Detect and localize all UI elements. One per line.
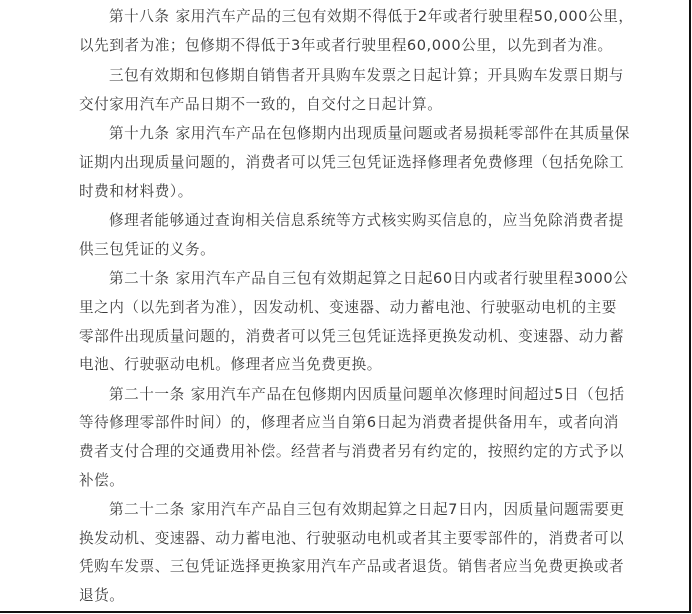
- line-text: 退货。: [79, 582, 624, 611]
- line-text: 换发动机、变速器、动力蓄电池、行驶驱动电机或者其主要零部件的，消费者可以: [79, 525, 624, 554]
- paragraph-article-22: 第二十二条家用汽车产品自三包有效期起算之日起7日内，因质量问题需要更 换发动机、…: [79, 496, 624, 610]
- line-text: 以先到者为准；包修期不得低于3年或者行驶里程60,000公里，以先到者为准。: [79, 32, 624, 61]
- paragraph-article-20: 第二十条家用汽车产品自三包有效期起算之日起60日内或者行驶里程3000公 里之内…: [79, 265, 624, 379]
- line-text: 补偿。: [79, 467, 624, 496]
- document-page: 第十八条家用汽车产品的三包有效期不得低于2年或者行驶里程50,000公里， 以先…: [0, 0, 691, 613]
- paragraph-line: 第二十条家用汽车产品自三包有效期起算之日起60日内或者行驶里程3000公: [79, 265, 624, 294]
- article-number: 第二十一条: [109, 386, 185, 403]
- paragraph-article-19-cont: 修理者能够通过查询相关信息系统等方式核实购买信息的，应当免除消费者提 供三包凭证…: [79, 207, 624, 264]
- line-text: 时费和材料费）。: [79, 178, 624, 207]
- line-text: 交付家用汽车产品日期不一致的，自交付之日起计算。: [79, 91, 624, 120]
- line-text: 零部件出现质量问题的，消费者可以凭三包凭证选择更换发动机、变速器、动力蓄: [79, 323, 624, 352]
- line-text: 家用汽车产品自三包有效期起算之日起60日内或者行驶里程3000公: [176, 270, 629, 287]
- line-text: 家用汽车产品自三包有效期起算之日起7日内，因质量问题需要更: [191, 501, 625, 518]
- paragraph-article-19: 第十九条家用汽车产品在包修期内出现质量问题或者易损耗零部件在其质量保 证期内出现…: [79, 120, 624, 206]
- line-text: 等待修理零部件时间）的，修理者应当自第6日起为消费者提供备用车，或者向消: [79, 409, 624, 438]
- line-text: 修理者能够通过查询相关信息系统等方式核实购买信息的，应当免除消费者提: [79, 207, 624, 236]
- line-text: 供三包凭证的义务。: [79, 236, 624, 265]
- line-text: 证期内出现质量问题的，消费者可以凭三包凭证选择修理者免费修理（包括免除工: [79, 149, 624, 178]
- article-number: 第二十条: [109, 270, 170, 287]
- paragraph-line: 第十八条家用汽车产品的三包有效期不得低于2年或者行驶里程50,000公里，: [79, 3, 624, 32]
- paragraph-article-18: 第十八条家用汽车产品的三包有效期不得低于2年或者行驶里程50,000公里， 以先…: [79, 3, 624, 60]
- paragraph-article-21: 第二十一条家用汽车产品在包修期内因质量问题单次修理时间超过5日（包括 等待修理零…: [79, 381, 624, 495]
- document-body: 第十八条家用汽车产品的三包有效期不得低于2年或者行驶里程50,000公里， 以先…: [79, 3, 624, 610]
- paragraph-line: 第十九条家用汽车产品在包修期内出现质量问题或者易损耗零部件在其质量保: [79, 120, 624, 149]
- line-text: 家用汽车产品在包修期内出现质量问题或者易损耗零部件在其质量保: [176, 125, 630, 142]
- line-text: 凭购车发票、三包凭证选择更换家用汽车产品或者退货。销售者应当免费更换或者: [79, 553, 624, 582]
- line-text: 家用汽车产品的三包有效期不得低于2年或者行驶里程50,000公里，: [176, 8, 634, 25]
- line-text: 家用汽车产品在包修期内因质量问题单次修理时间超过5日（包括: [191, 386, 625, 403]
- line-text: 里之内（以先到者为准），因发动机、变速器、动力蓄电池、行驶驱动电机的主要: [79, 294, 624, 323]
- paragraph-article-18-cont: 三包有效期和包修期自销售者开具购车发票之日起计算；开具购车发票日期与 交付家用汽…: [79, 62, 624, 119]
- article-number: 第十九条: [109, 125, 170, 142]
- paragraph-line: 第二十二条家用汽车产品自三包有效期起算之日起7日内，因质量问题需要更: [79, 496, 624, 525]
- paragraph-line: 第二十一条家用汽车产品在包修期内因质量问题单次修理时间超过5日（包括: [79, 381, 624, 410]
- article-number: 第十八条: [109, 8, 170, 25]
- line-text: 三包有效期和包修期自销售者开具购车发票之日起计算；开具购车发票日期与: [79, 62, 624, 91]
- article-number: 第二十二条: [109, 501, 185, 518]
- line-text: 电池、行驶驱动电机。修理者应当免费更换。: [79, 351, 624, 380]
- line-text: 费者支付合理的交通费用补偿。经营者与消费者另有约定的，按照约定的方式予以: [79, 438, 624, 467]
